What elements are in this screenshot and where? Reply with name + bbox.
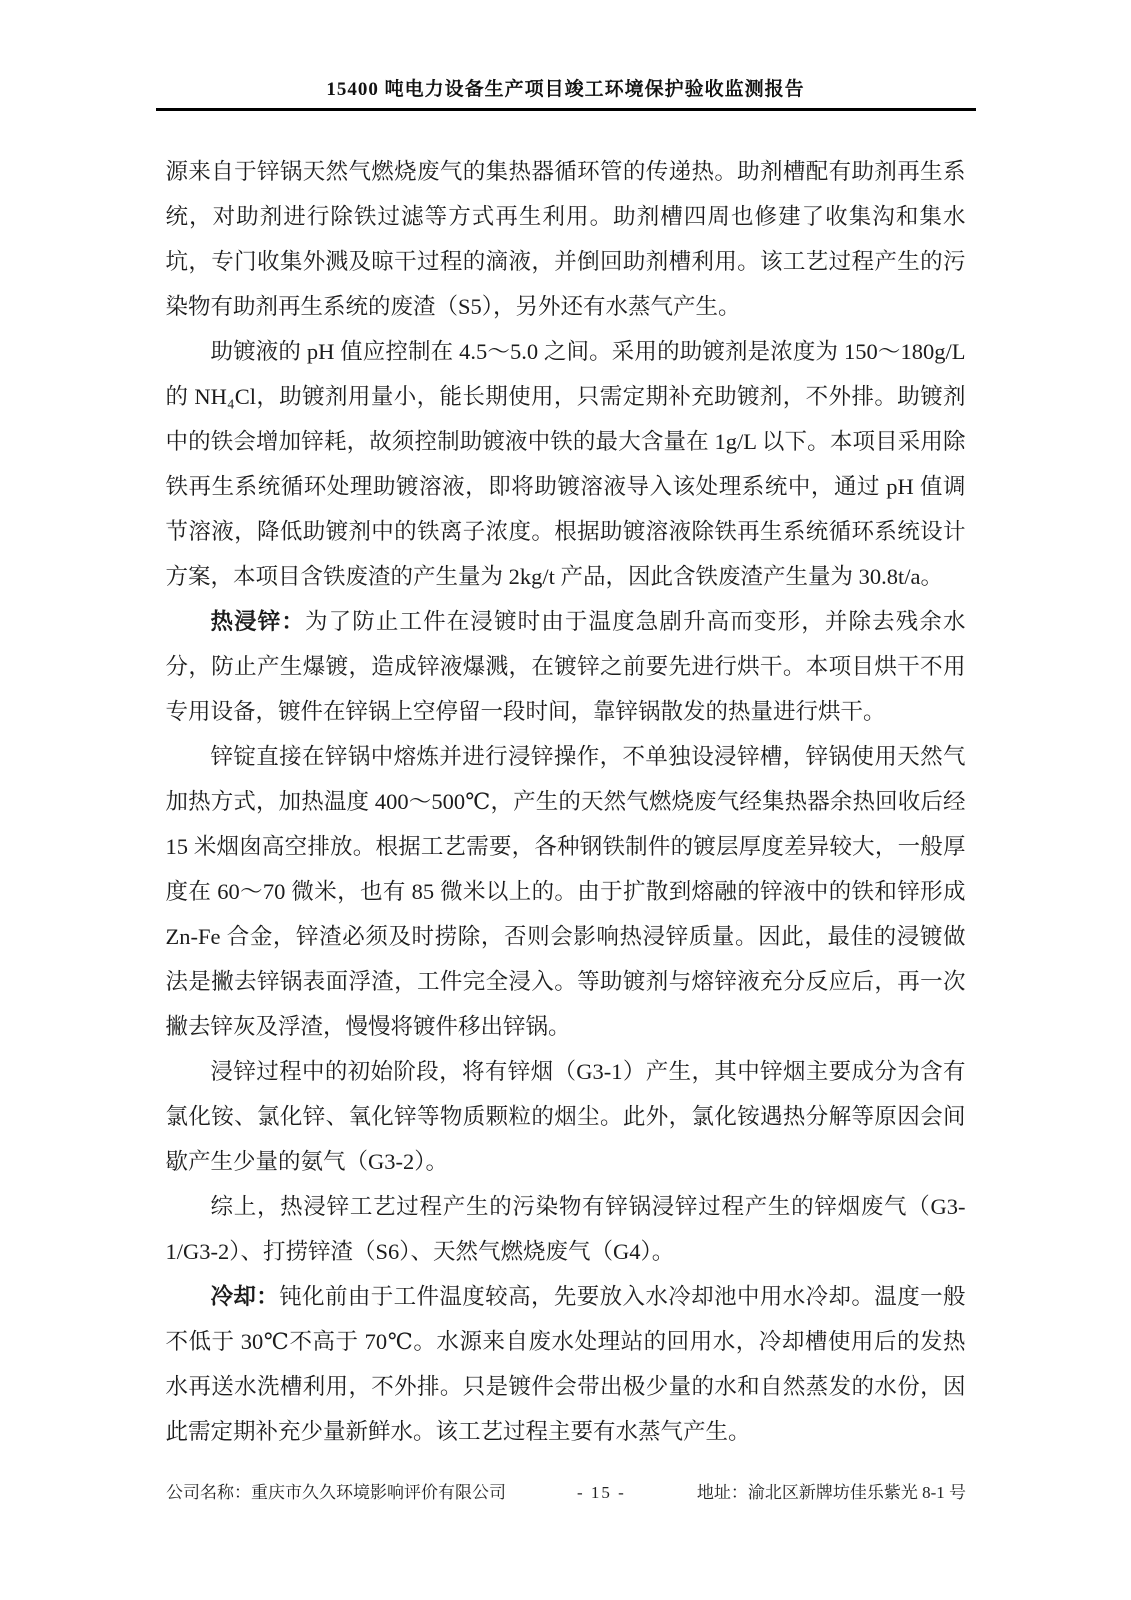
paragraph-text: 锌锭直接在锌锅中熔炼并进行浸锌操作，不单独设浸锌槽，锌锅使用天然气加热方式，加热… bbox=[166, 744, 966, 1039]
paragraph: 冷却：钝化前由于工件温度较高，先要放入水冷却池中用水冷却。温度一般不低于 30℃… bbox=[166, 1274, 966, 1454]
page-footer: 公司名称：重庆市久久环境影响评价有限公司 - 15 - 地址：渝北区新牌坊佳乐紫… bbox=[166, 1478, 966, 1503]
paragraph-text: 浸锌过程中的初始阶段，将有锌烟（G3-1）产生，其中锌烟主要成分为含有氯化铵、氯… bbox=[166, 1059, 966, 1174]
paragraph: 源来自于锌锅天然气燃烧废气的集热器循环管的传递热。助剂槽配有助剂再生系统，对助剂… bbox=[166, 149, 966, 329]
paragraph-text: 综上，热浸锌工艺过程产生的污染物有锌锅浸锌过程产生的锌烟废气（G3-1/G3-2… bbox=[166, 1194, 966, 1264]
page-header: 15400 吨电力设备生产项目竣工环境保护验收监测报告 bbox=[0, 0, 1131, 111]
body-text: 源来自于锌锅天然气燃烧废气的集热器循环管的传递热。助剂槽配有助剂再生系统，对助剂… bbox=[166, 149, 966, 1454]
document-page: 15400 吨电力设备生产项目竣工环境保护验收监测报告 源来自于锌锅天然气燃烧废… bbox=[0, 0, 1131, 1600]
paragraph: 助镀液的 pH 值应控制在 4.5～5.0 之间。采用的助镀剂是浓度为 150～… bbox=[166, 329, 966, 599]
paragraph-lead: 冷却： bbox=[211, 1284, 280, 1309]
footer-company-name: 公司名称：重庆市久久环境影响评价有限公司 bbox=[166, 1478, 506, 1503]
report-title: 15400 吨电力设备生产项目竣工环境保护验收监测报告 bbox=[0, 74, 1131, 101]
paragraph-text: 钝化前由于工件温度较高，先要放入水冷却池中用水冷却。温度一般不低于 30℃不高于… bbox=[166, 1284, 966, 1444]
paragraph: 综上，热浸锌工艺过程产生的污染物有锌锅浸锌过程产生的锌烟废气（G3-1/G3-2… bbox=[166, 1184, 966, 1274]
footer-page-number: - 15 - bbox=[577, 1483, 626, 1503]
paragraph-text: 助镀液的 pH 值应控制在 4.5～5.0 之间。采用的助镀剂是浓度为 150～… bbox=[166, 339, 966, 589]
paragraph-text: 源来自于锌锅天然气燃烧废气的集热器循环管的传递热。助剂槽配有助剂再生系统，对助剂… bbox=[166, 159, 966, 319]
paragraph: 浸锌过程中的初始阶段，将有锌烟（G3-1）产生，其中锌烟主要成分为含有氯化铵、氯… bbox=[166, 1049, 966, 1184]
header-rule bbox=[156, 108, 976, 111]
paragraph: 锌锭直接在锌锅中熔炼并进行浸锌操作，不单独设浸锌槽，锌锅使用天然气加热方式，加热… bbox=[166, 734, 966, 1049]
footer-address: 地址：渝北区新牌坊佳乐紫光 8-1 号 bbox=[697, 1478, 966, 1503]
paragraph-lead: 热浸锌： bbox=[211, 609, 306, 634]
paragraph: 热浸锌：为了防止工件在浸镀时由于温度急剧升高而变形，并除去残余水分，防止产生爆镀… bbox=[166, 599, 966, 734]
